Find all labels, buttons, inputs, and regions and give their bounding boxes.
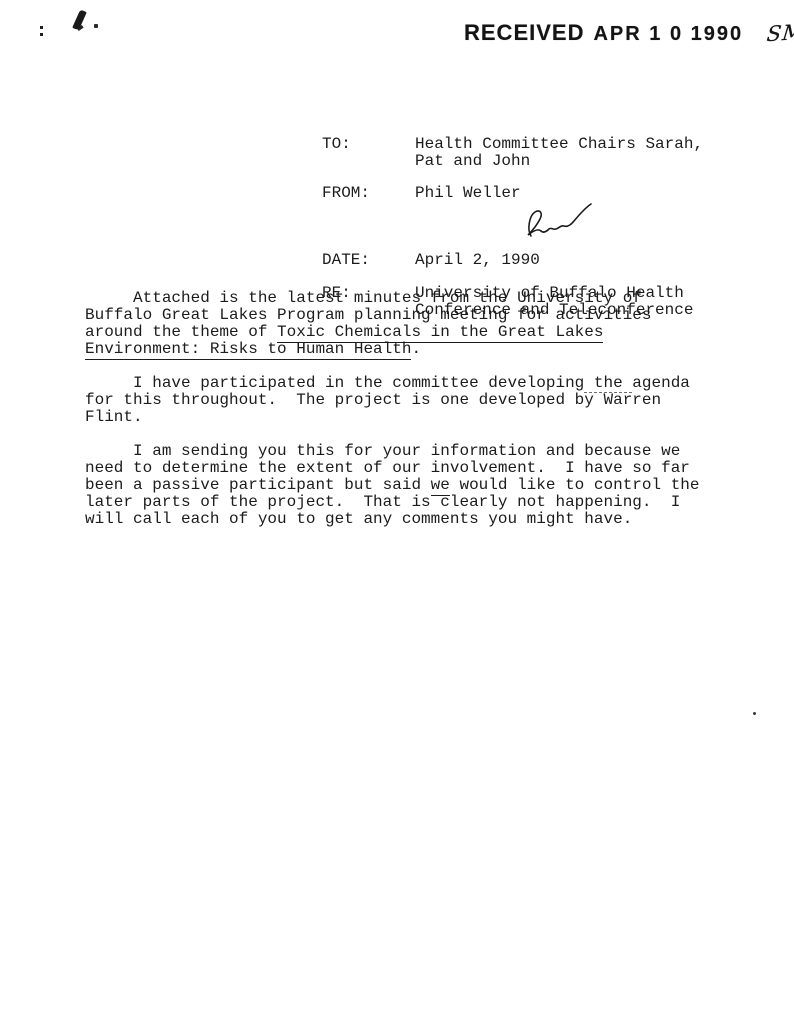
memo-field-row: FROM:Phil Weller: [322, 185, 703, 237]
scan-ink-speck: [753, 712, 756, 715]
body-text: been a passive participant but said: [85, 476, 431, 494]
body-text: would like to control the: [450, 476, 700, 494]
body-text: I am sending you this for your informati…: [85, 442, 680, 460]
body-line: been a passive participant but said we w…: [85, 477, 700, 494]
body-line: I have participated in the committee dev…: [85, 375, 700, 392]
memo-body: Attached is the latest minutes from the …: [85, 290, 700, 545]
memo-field-row: TO:Health Committee Chairs Sarah,Pat and…: [322, 136, 703, 170]
body-line: Buffalo Great Lakes Program planning mee…: [85, 307, 700, 324]
memo-field-label: DATE:: [322, 252, 415, 270]
body-text: Flint.: [85, 408, 143, 426]
body-text: will call each of you to get any comment…: [85, 510, 632, 528]
body-text: around the theme of: [85, 323, 277, 341]
memo-field-value-line: April 2, 1990: [415, 252, 540, 269]
body-paragraph: I have participated in the committee dev…: [85, 375, 700, 426]
memo-field-value: Phil Weller: [415, 185, 521, 237]
body-text: .: [411, 340, 421, 358]
body-line: I am sending you this for your informati…: [85, 443, 700, 460]
scan-ink-speck: [94, 24, 98, 28]
body-text: Attached is the latest minutes from the …: [85, 289, 642, 307]
memo-page: RECEIVED APR 1 0 1990 SM TO:Health Commi…: [0, 0, 794, 1024]
body-text: agenda: [632, 374, 690, 392]
memo-field-value-line: Phil Weller: [415, 185, 521, 202]
body-paragraph: Attached is the latest minutes from the …: [85, 290, 700, 358]
body-text: for this throughout. The project is one …: [85, 391, 661, 409]
body-line: Environment: Risks to Human Health.: [85, 341, 700, 358]
memo-field-label: FROM:: [322, 185, 415, 237]
memo-field-row: DATE:April 2, 1990: [322, 252, 703, 270]
received-stamp-text: RECEIVED: [464, 20, 584, 46]
body-line: around the theme of Toxic Chemicals in t…: [85, 324, 700, 341]
memo-field-label: TO:: [322, 136, 415, 170]
body-line: need to determine the extent of our invo…: [85, 460, 700, 477]
received-stamp-date: APR 1 0 1990: [593, 23, 743, 46]
body-text: I have participated in the committee dev…: [85, 374, 584, 392]
body-line: Attached is the latest minutes from the …: [85, 290, 700, 307]
received-stamp: RECEIVED APR 1 0 1990 SM: [464, 20, 794, 46]
memo-field-value: April 2, 1990: [415, 252, 540, 270]
body-line: later parts of the project. That is clea…: [85, 494, 700, 511]
body-line: Flint.: [85, 409, 700, 426]
underlined-text: Environment: Risks to Human Health: [85, 340, 411, 360]
memo-field-value: Health Committee Chairs Sarah,Pat and Jo…: [415, 136, 703, 170]
body-paragraph: I am sending you this for your informati…: [85, 443, 700, 528]
body-text: later parts of the project. That is clea…: [85, 493, 680, 511]
body-text: need to determine the extent of our invo…: [85, 459, 690, 477]
body-line: for this throughout. The project is one …: [85, 392, 700, 409]
scan-ink-blot: [72, 9, 87, 30]
handwritten-initials: SM: [766, 20, 794, 47]
body-line: will call each of you to get any comment…: [85, 511, 700, 528]
memo-field-value-line: Health Committee Chairs Sarah,: [415, 136, 703, 153]
scan-ink-speck: [40, 26, 43, 29]
body-text: Buffalo Great Lakes Program planning mee…: [85, 306, 652, 324]
